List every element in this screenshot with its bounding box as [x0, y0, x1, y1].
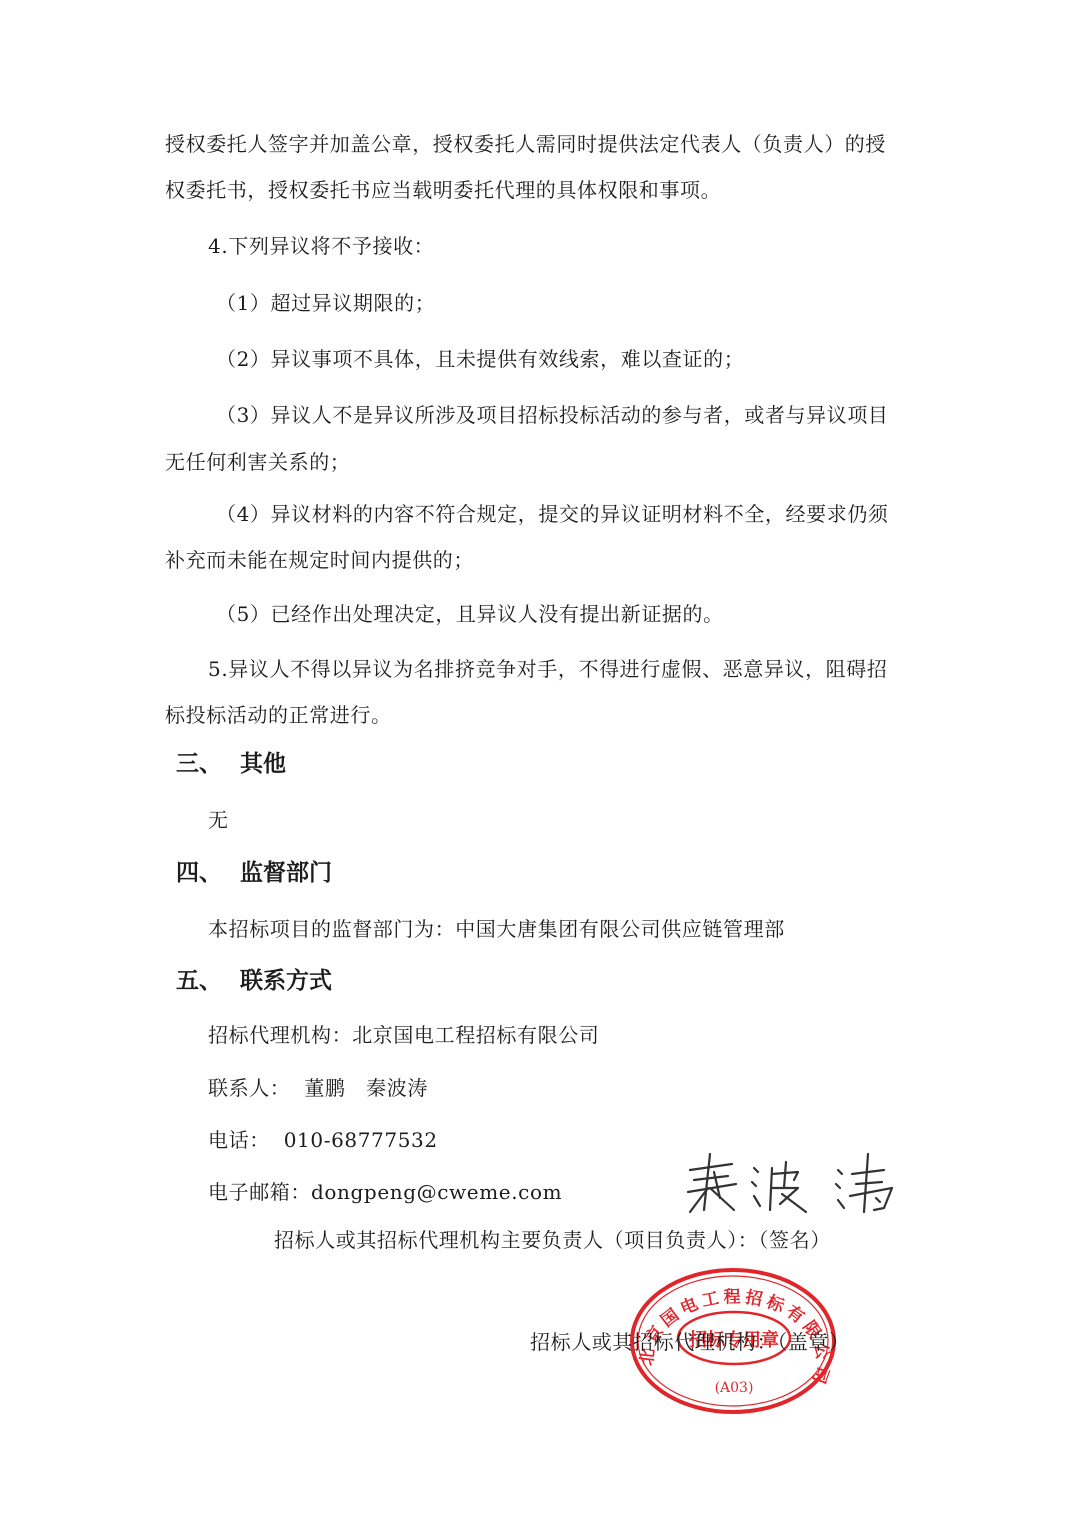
signature-line: 招标人或其招标代理机构主要负责人（项目负责人）：（签名）: [274, 1228, 831, 1252]
section-heading-other: 三、其他: [176, 750, 286, 778]
section-title: 联系方式: [240, 968, 332, 994]
seal-line: 招标人或其招标代理机构：（盖章）: [530, 1330, 850, 1354]
contact-person: 联系人： 董鹏 秦波涛: [208, 1076, 428, 1100]
section-heading-contact: 五、联系方式: [176, 967, 332, 995]
item4-sub-3: （3）异议人不是异议所涉及项目招标投标活动的参与者，或者与异议项目: [216, 403, 889, 427]
contact-phone-value: 010-68777532: [284, 1128, 438, 1152]
item4-sub-4: （4）异议材料的内容不符合规定，提交的异议证明材料不全，经要求仍须: [216, 502, 889, 526]
paragraph-line: 授权委托人签字并加盖公章，授权委托人需同时提供法定代表人（负责人）的授: [165, 132, 886, 156]
item4-sub-5: （5）已经作出处理决定，且异议人没有提出新证据的。: [216, 602, 724, 626]
stamp-code: (A03): [715, 1380, 754, 1396]
item4-sub-3-cont: 无任何利害关系的；: [165, 450, 350, 474]
section-number: 五、: [176, 967, 240, 995]
contact-person-value: 董鹏 秦波涛: [304, 1076, 428, 1100]
contact-agency-value: 北京国电工程招标有限公司: [352, 1023, 599, 1047]
contact-agency-label: 招标代理机构：: [208, 1023, 352, 1047]
contact-email: 电子邮箱：dongpeng@cweme.com: [208, 1180, 562, 1204]
paragraph-line: 权委托书，授权委托书应当载明委托代理的具体权限和事项。: [165, 178, 721, 202]
item4-sub-1: （1）超过异议期限的；: [216, 291, 435, 315]
section-heading-supervision: 四、监督部门: [176, 859, 332, 887]
item5-line-cont: 标投标活动的正常进行。: [165, 703, 392, 727]
item4-sub-2: （2）异议事项不具体，且未提供有效线索，难以查证的；: [216, 347, 744, 371]
contact-agency: 招标代理机构：北京国电工程招标有限公司: [208, 1023, 599, 1047]
contact-person-label: 联系人：: [208, 1076, 290, 1100]
handwritten-signature: [680, 1148, 910, 1218]
section-number: 四、: [176, 859, 240, 887]
section-body-supervision: 本招标项目的监督部门为：中国大唐集团有限公司供应链管理部: [208, 917, 785, 941]
contact-phone: 电话： 010-68777532: [208, 1128, 438, 1152]
section-title: 其他: [240, 751, 286, 777]
item4-title: 4.下列异议将不予接收：: [208, 234, 434, 258]
item5-line: 5.异议人不得以异议为名排挤竞争对手，不得进行虚假、恶意异议，阻碍招: [208, 657, 887, 681]
section-number: 三、: [176, 750, 240, 778]
section-body-other: 无: [208, 808, 229, 832]
item4-sub-4-cont: 补充而未能在规定时间内提供的；: [165, 548, 474, 572]
section-title: 监督部门: [240, 860, 332, 886]
contact-email-value: dongpeng@cweme.com: [311, 1180, 562, 1204]
contact-email-label: 电子邮箱：: [208, 1180, 311, 1204]
contact-phone-label: 电话：: [208, 1128, 270, 1152]
